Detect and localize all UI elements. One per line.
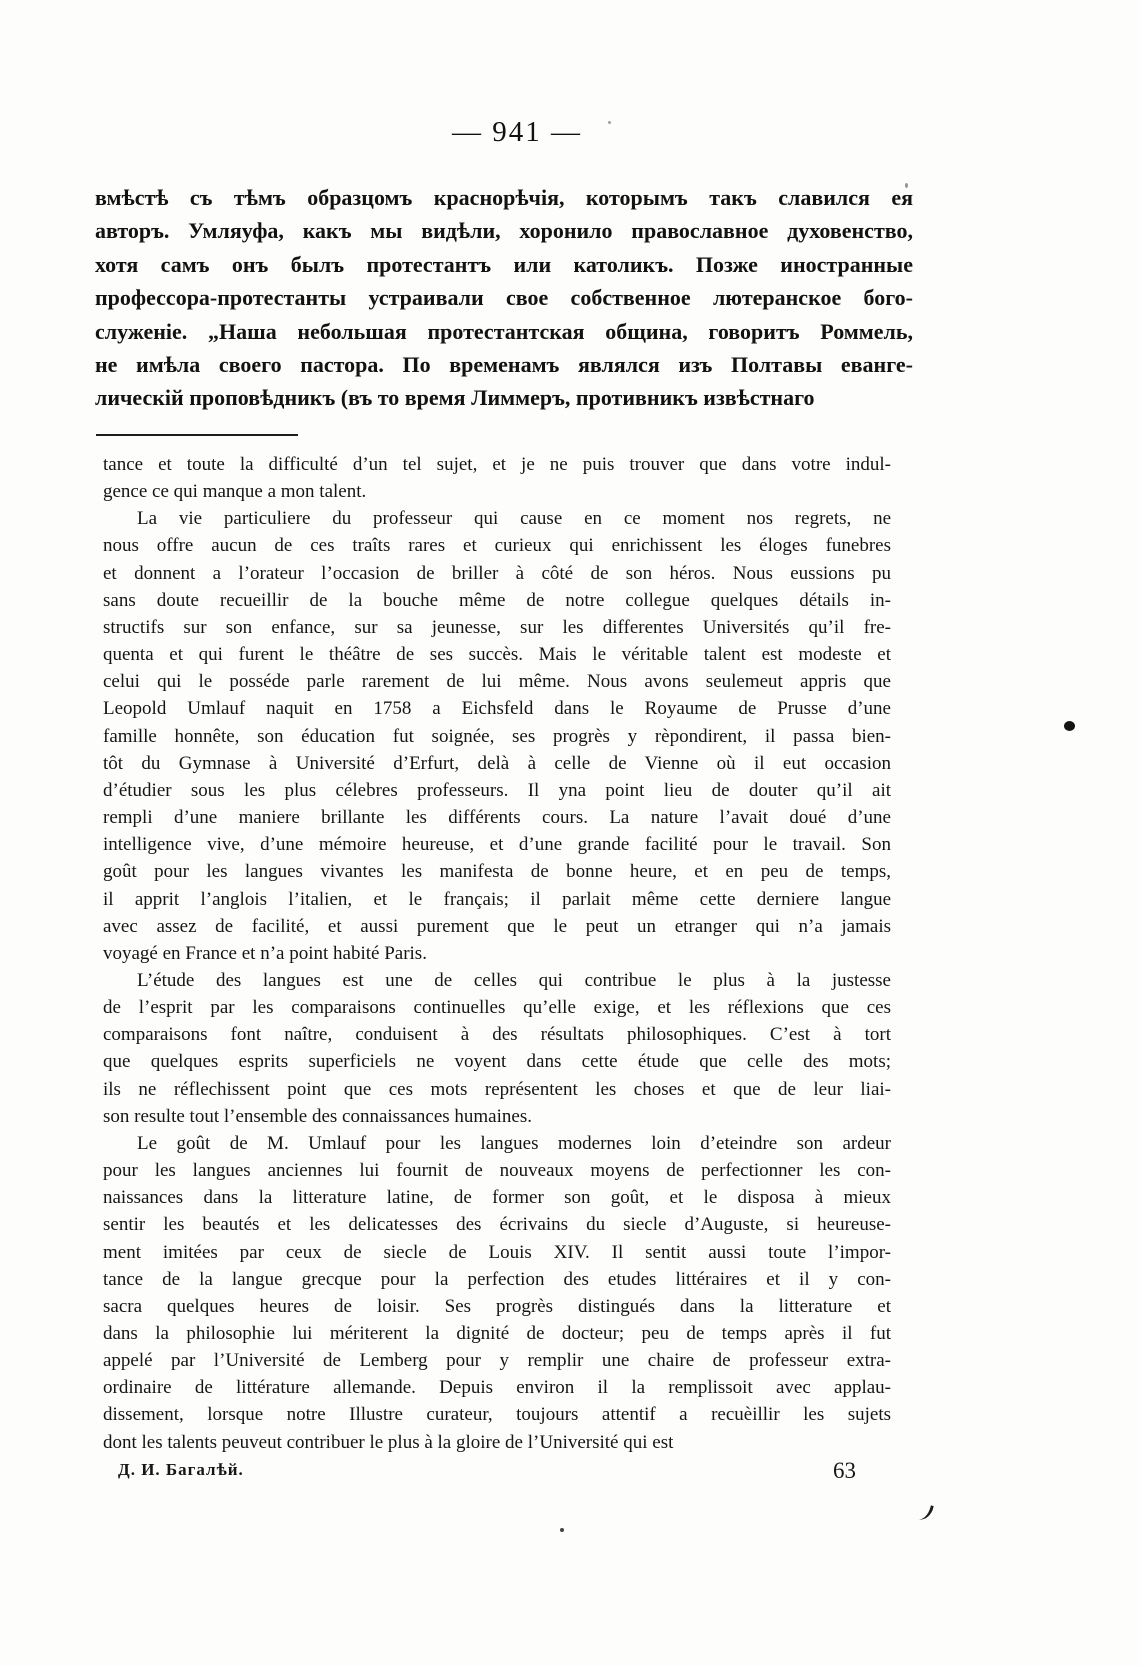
text-line: Le goût de M. Umlauf pour les langues mo… (103, 1130, 891, 1157)
text-line: appelé par l’Université de Lemberg pour … (103, 1347, 891, 1374)
text-line: Leopold Umlauf naquit en 1758 a Eichsfel… (103, 695, 891, 722)
ink-speck (1064, 721, 1075, 731)
footer-author-signature: Д. И. Багалѣй. (118, 1460, 244, 1480)
text-line: dont les talents peuveut contribuer le p… (103, 1429, 891, 1456)
text-line: rempli d’une maniere brillante les diffé… (103, 804, 891, 831)
footnote-separator-rule (96, 434, 298, 436)
footnote-paragraph: Le goût de M. Umlauf pour les langues mo… (103, 1130, 891, 1456)
text-line: famille honnête, son éducation fut soign… (103, 723, 891, 750)
text-line: comparaisons font naître, conduisent à d… (103, 1021, 891, 1048)
text-line: tôt du Gymnase à Université d’Erfurt, de… (103, 750, 891, 777)
text-line: de l’esprit par les comparaisons continu… (103, 994, 891, 1021)
text-line: sentir les beautés et les delicatesses d… (103, 1211, 891, 1238)
footer-sheet-number: 63 (833, 1458, 856, 1484)
text-line: quenta et qui furent le théâtre de ses s… (103, 641, 891, 668)
text-line: вмѣстѣ съ тѣмъ образцомъ краснорѣчія, ко… (95, 181, 913, 214)
text-line: La vie particuliere du professeur qui ca… (103, 505, 891, 532)
text-line: L’étude des langues est une de celles qu… (103, 967, 891, 994)
text-line: sacra quelques heures de loisir. Ses pro… (103, 1293, 891, 1320)
ink-speck (560, 1528, 564, 1532)
main-text-russian: вмѣстѣ съ тѣмъ образцомъ краснорѣчія, ко… (95, 181, 913, 415)
text-line: ment imitées par ceux de siecle de Louis… (103, 1239, 891, 1266)
text-line: tance et toute la difficulté d’un tel su… (103, 451, 891, 478)
text-line: служеніе. „Наша небольшая протестантская… (95, 315, 913, 348)
footnote-paragraph: L’étude des langues est une de celles qu… (103, 967, 891, 1130)
text-line: авторъ. Умляуфа, какъ мы видѣли, хоронил… (95, 214, 913, 247)
text-line: celui qui le posséde parle rarement de l… (103, 668, 891, 695)
text-line: structifs sur son enfance, sur sa jeunes… (103, 614, 891, 641)
text-line: nous offre aucun de ces traîts rares et … (103, 532, 891, 559)
footnote-paragraph: La vie particuliere du professeur qui ca… (103, 505, 891, 967)
text-line: ordinaire de littérature allemande. Depu… (103, 1374, 891, 1401)
text-line: goût pour les langues vivantes les manif… (103, 858, 891, 885)
text-line: et donnent a l’orateur l’occasion de bri… (103, 560, 891, 587)
text-line: tance de la langue grecque pour la perfe… (103, 1266, 891, 1293)
scanned-book-page: — 941 — вмѣстѣ съ тѣмъ образцомъ краснор… (0, 0, 1140, 1666)
text-line: pour les langues anciennes lui fournit d… (103, 1157, 891, 1184)
text-line: dans la philosophie lui mériterent la di… (103, 1320, 891, 1347)
text-line: лическій проповѣдникъ (въ то время Лимме… (95, 381, 913, 414)
text-line: naissances dans la litterature latine, d… (103, 1184, 891, 1211)
ink-speck (608, 121, 611, 124)
text-line: профессора-протестанты устраивали свое с… (95, 281, 913, 314)
ink-speck (905, 183, 908, 188)
text-line: son resulte tout l’ensemble des connaiss… (103, 1103, 891, 1130)
footnote-paragraph: tance et toute la difficulté d’un tel su… (103, 451, 891, 505)
text-line: не имѣла своего пастора. По временамъ яв… (95, 348, 913, 381)
ink-stroke-mark (916, 1503, 934, 1523)
text-line: que quelques esprits superficiels ne voy… (103, 1048, 891, 1075)
footnote-french: tance et toute la difficulté d’un tel su… (103, 451, 891, 1456)
page-number: — 941 — (0, 116, 1034, 149)
text-line: sans doute recueillir de la bouche même … (103, 587, 891, 614)
text-line: хотя самъ онъ былъ протестантъ или катол… (95, 248, 913, 281)
text-line: d’étudier sous les plus célebres profess… (103, 777, 891, 804)
text-line: gence ce qui manque a mon talent. (103, 478, 891, 505)
text-line: ils ne réflechissent point que ces mots … (103, 1076, 891, 1103)
text-line: il apprit l’anglois l’italien, et le fra… (103, 886, 891, 913)
text-line: avec assez de facilité, et aussi puremen… (103, 913, 891, 940)
text-line: voyagé en France et n’a point habité Par… (103, 940, 891, 967)
text-line: dissement, lorsque notre Illustre curate… (103, 1401, 891, 1428)
text-line: intelligence vive, d’une mémoire heureus… (103, 831, 891, 858)
